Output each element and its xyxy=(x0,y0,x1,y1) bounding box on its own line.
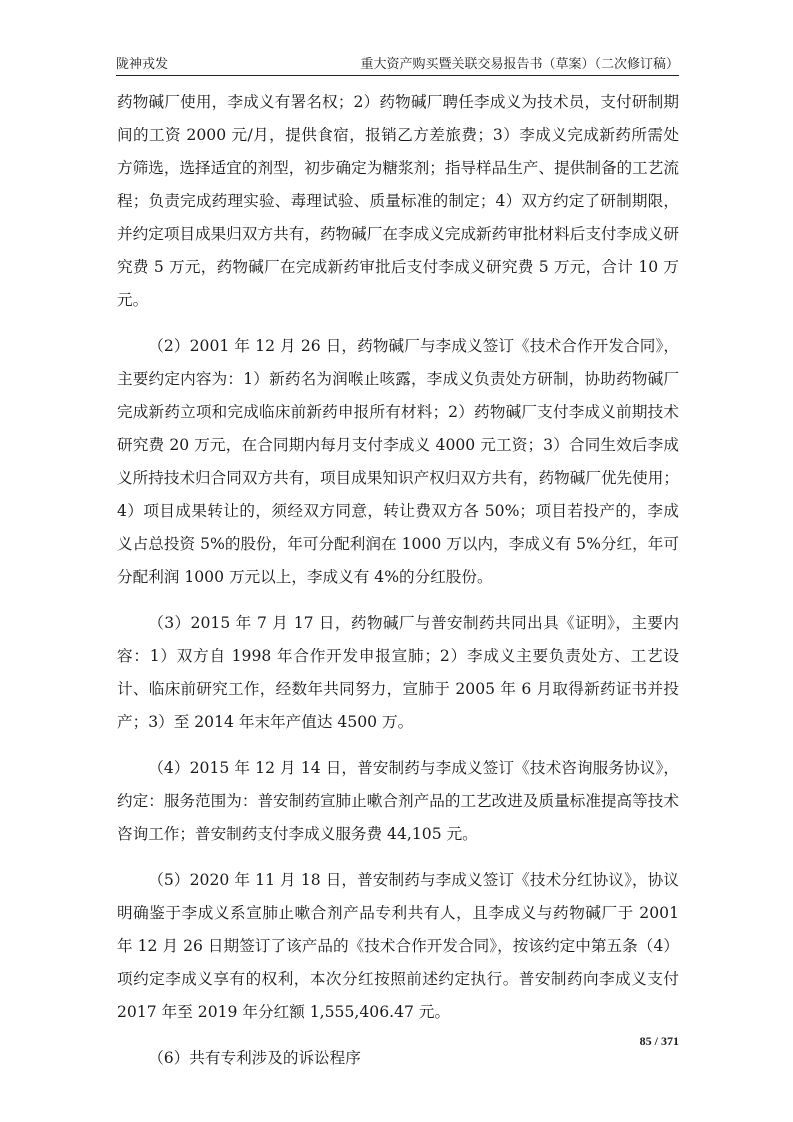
paragraph-item-4: （4）2015 年 12 月 14 日，普安制药与李成义签订《技术咨询服务协议》… xyxy=(117,752,679,851)
header-company-name: 陇神戎发 xyxy=(116,56,168,74)
page-header: 陇神戎发 重大资产购买暨关联交易报告书（草案）（二次修订稿） xyxy=(116,54,679,76)
section-heading-item-6: （6）共有专利涉及的诉讼程序 xyxy=(117,1042,679,1075)
paragraph-item-3: （3）2015 年 7 月 17 日，药物碱厂与普安制药共同出具《证明》，主要内… xyxy=(117,607,679,739)
header-document-title: 重大资产购买暨关联交易报告书（草案）（二次修订稿） xyxy=(360,56,679,74)
paragraph-continuation: 药物碱厂使用，李成义有署名权；2）药物碱厂聘任李成义为技术员，支付研制期间的工资… xyxy=(117,86,679,317)
page-number: 85 / 371 xyxy=(640,1034,679,1049)
paragraph-item-2: （2）2001 年 12 月 26 日，药物碱厂与李成义签订《技术合作开发合同》… xyxy=(117,330,679,594)
paragraph-item-5: （5）2020 年 11 月 18 日，普安制药与李成义签订《技术分红协议》，协… xyxy=(117,864,679,1029)
page-body: 药物碱厂使用，李成义有署名权；2）药物碱厂聘任李成义为技术员，支付研制期间的工资… xyxy=(117,86,679,1088)
